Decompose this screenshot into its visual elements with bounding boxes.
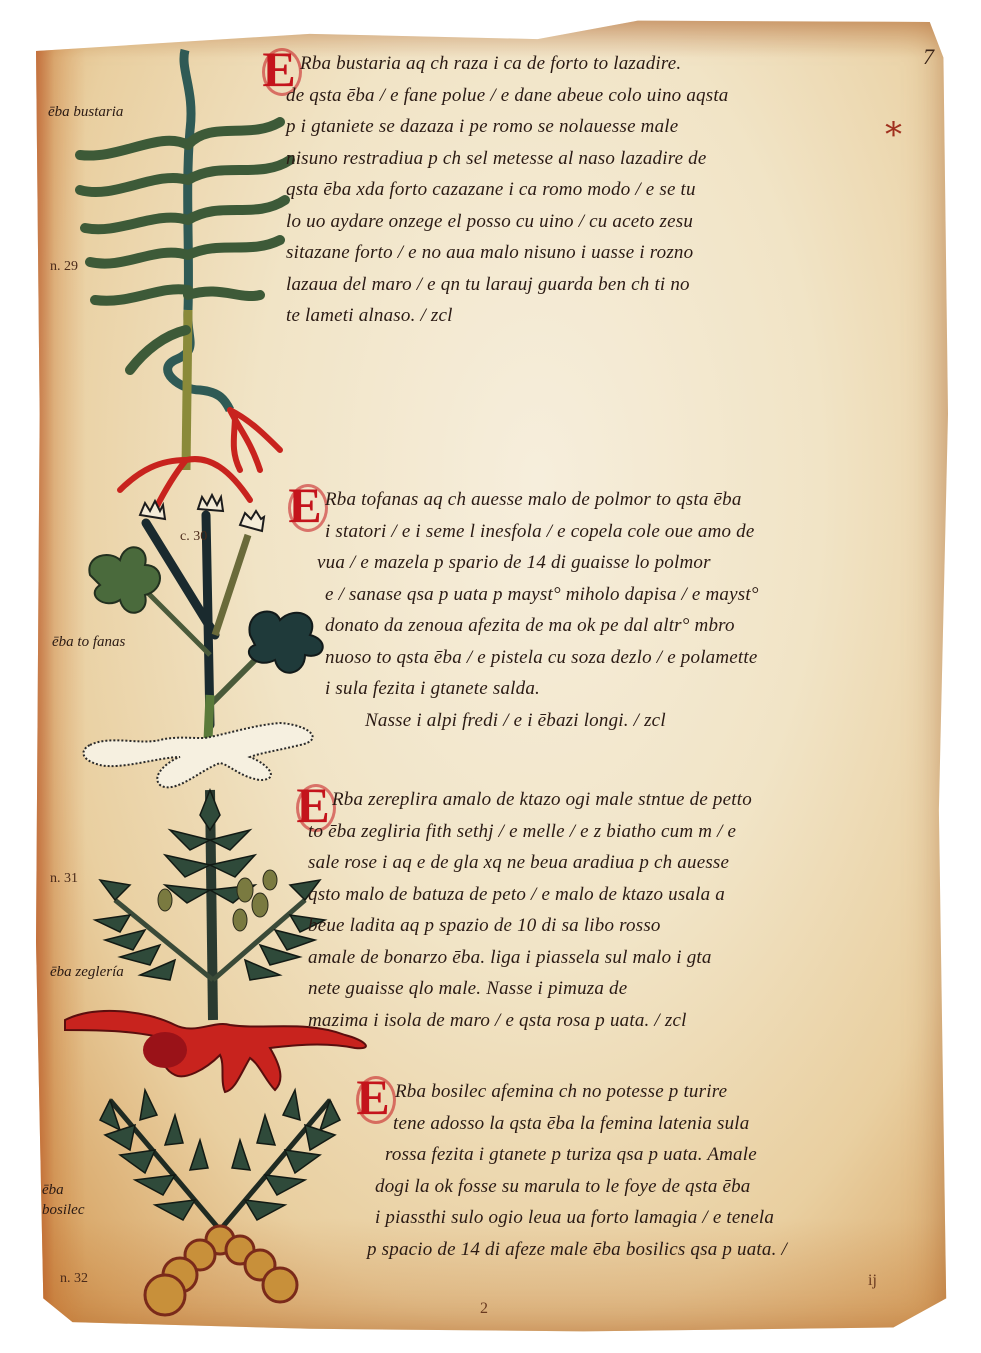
text-line: amale de bonarzo ēba. liga i piassela su… xyxy=(308,942,752,974)
text-line: rossa fezita i gtanete p turiza qsa p ua… xyxy=(385,1139,787,1171)
bottom-mark-center: 2 xyxy=(480,1300,488,1318)
entry-bustaria: Rba bustaria aq ch raza i ca de forto to… xyxy=(300,48,729,332)
text-line: Rba bustaria aq ch raza i ca de forto to… xyxy=(300,48,729,80)
text-line: Rba tofanas aq ch auesse malo de polmor … xyxy=(325,484,759,516)
text-line: Rba zereplira amalo de ktazo ogi male st… xyxy=(332,784,752,816)
text-line: lazaua del maro / e qn tu larauj guarda … xyxy=(286,269,729,301)
text-line: lo uo aydare onzege el posso cu uino / c… xyxy=(286,206,729,238)
text-line: beue ladita aq p spazio de 10 di sa libo… xyxy=(308,910,752,942)
text-line: e / sanase qsa p uata p mayst° miholo da… xyxy=(325,579,759,611)
text-line: mazima i isola de maro / e qsta rosa p u… xyxy=(308,1005,752,1037)
text-line: dogi la ok fosse su marula to le foye de… xyxy=(375,1171,787,1203)
entry-tofanas: Rba tofanas aq ch auesse malo de polmor … xyxy=(325,484,759,736)
text-line: to ēba zegliria fith sethj / e melle / e… xyxy=(308,816,752,848)
margin-label-bustaria: ēba bustaria xyxy=(48,102,123,122)
margin-number-32: n. 32 xyxy=(60,1270,88,1288)
text-line: tene adosso la qsta ēba la femina lateni… xyxy=(393,1108,787,1140)
text-line: Nasse i alpi fredi / e i ēbazi longi. / … xyxy=(365,705,759,737)
margin-label-tofanas: ēba to fanas xyxy=(52,632,125,652)
text-line: nuoso to qsta ēba / e pistela cu soza de… xyxy=(325,642,759,674)
text-line: sitazane forto / e no aua malo nisuno i … xyxy=(286,237,729,269)
margin-number-31: n. 31 xyxy=(50,870,78,888)
text-line: qsta ēba xda forto cazazane i ca romo mo… xyxy=(286,174,729,206)
rubric-initial-4: E xyxy=(350,1072,396,1122)
text-line: i sula fezita i gtanete salda. xyxy=(325,673,759,705)
text-line: i piassthi sulo ogio leua ua forto lamag… xyxy=(375,1202,787,1234)
text-line: de qsta ēba / e fane polue / e dane abeu… xyxy=(286,80,729,112)
margin-number-30: c. 30 xyxy=(180,528,207,546)
folio-number: 7 xyxy=(923,44,934,70)
text-line: sale rose i aq e de gla xq ne beua aradi… xyxy=(308,847,752,879)
margin-number-29: n. 29 xyxy=(50,258,78,276)
text-line: p i gtaniete se dazaza i pe romo se nola… xyxy=(286,111,729,143)
bottom-mark-right: ij xyxy=(868,1272,877,1290)
text-line: nisuno restradiua p ch sel metesse al na… xyxy=(286,143,729,175)
entry-zegleria: Rba zereplira amalo de ktazo ogi male st… xyxy=(332,784,752,1036)
text-line: p spacio de 14 di afeze male ēba bosilic… xyxy=(367,1234,787,1266)
text-line: i statori / e i seme l inesfola / e cope… xyxy=(325,516,759,548)
entry-bosilec: Rba bosilec afemina ch no potesse p turi… xyxy=(395,1076,787,1265)
text-line: nete guaisse qlo male. Nasse i pimuza de xyxy=(308,973,752,1005)
margin-label-zegleria: ēba zeglería xyxy=(50,962,124,982)
text-line: Rba bosilec afemina ch no potesse p turi… xyxy=(395,1076,787,1108)
text-line: donato da zenoua afezita de ma ok pe dal… xyxy=(325,610,759,642)
marginal-star-icon: * xyxy=(885,118,902,152)
plant-illustration-bosilec xyxy=(80,1080,360,1320)
text-line: te lameti alnaso. / zcl xyxy=(286,300,729,332)
margin-label-bosilec: ēba bosilec xyxy=(42,1180,102,1220)
text-line: vua / e mazela p spario de 14 di guaisse… xyxy=(317,547,759,579)
rubric-initial-2: E xyxy=(282,480,328,530)
text-line: qsto malo de batuza de peto / e malo de … xyxy=(308,879,752,911)
